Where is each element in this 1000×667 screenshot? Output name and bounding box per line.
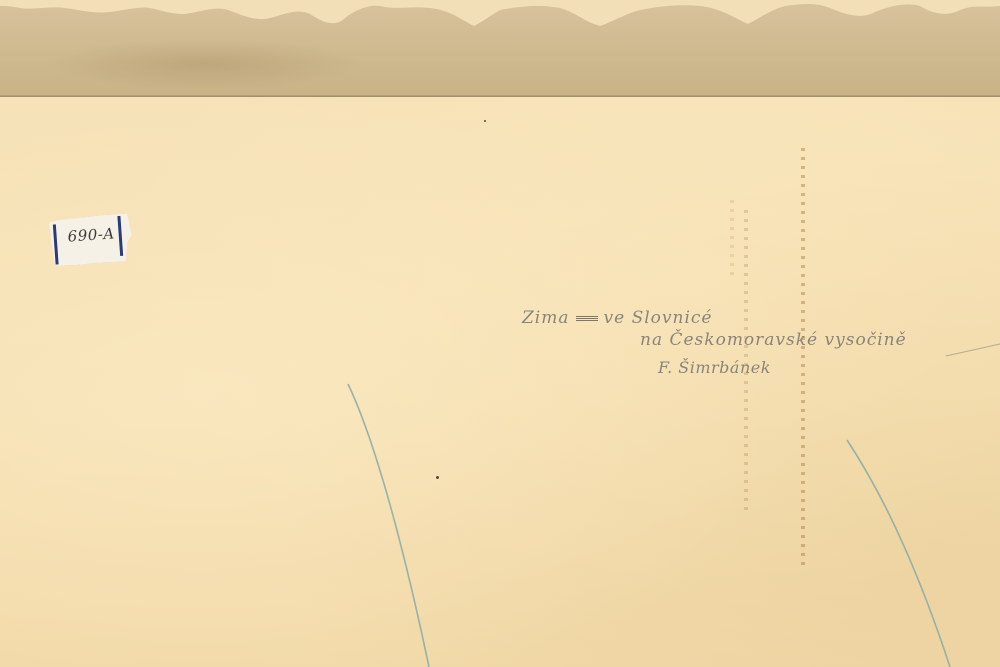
label-stripe-right: [117, 216, 123, 256]
crossed-out-word: [576, 316, 598, 322]
inscription-title-start: Zima: [522, 308, 570, 328]
ink-speck: [484, 120, 486, 122]
inscription-signature: F. Šimrbánek: [658, 358, 771, 377]
catalog-label: 690-A: [48, 213, 133, 267]
inscription-line-1: Zimave Slovnicé: [522, 308, 712, 328]
catalog-number: 690-A: [67, 224, 115, 245]
ink-speck: [436, 476, 439, 479]
inscription-title-end: ve Slovnicé: [604, 308, 713, 328]
inscription-line-2: na Českomoravské vysočině: [640, 330, 907, 350]
